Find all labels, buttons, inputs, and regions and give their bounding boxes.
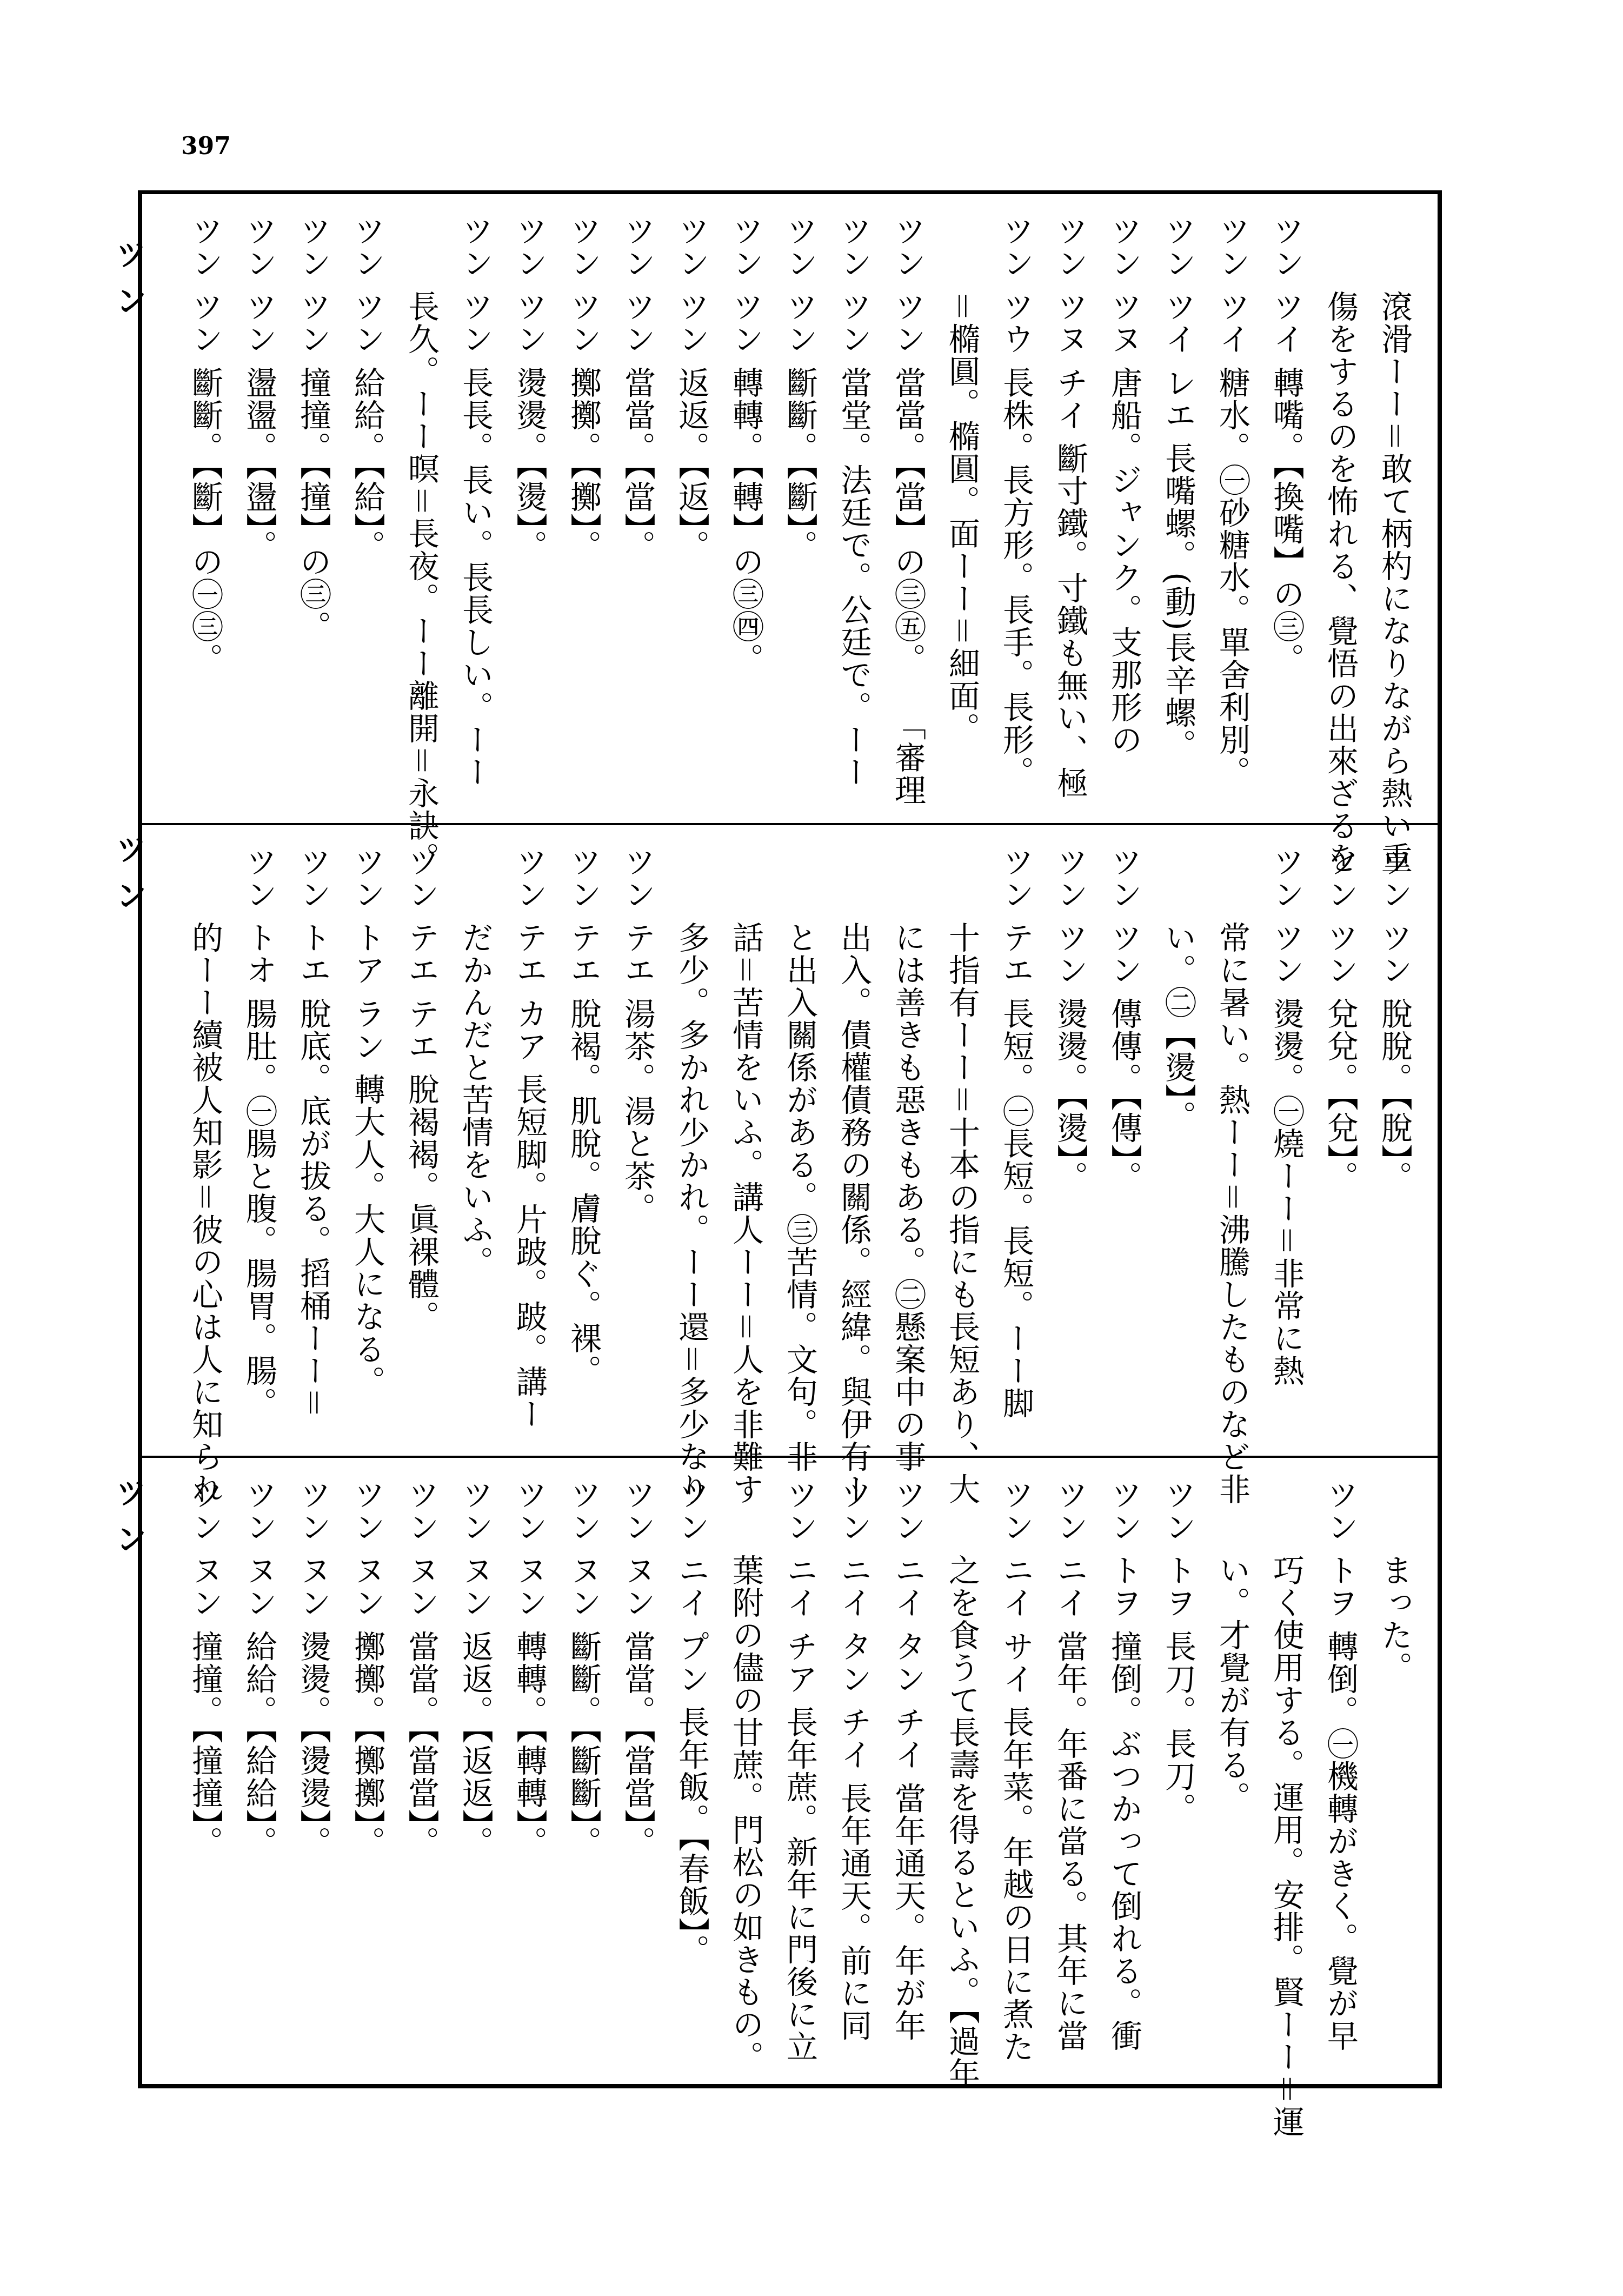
dictionary-entry: ツン ツン 斷斷。【斷】の㊀㊂。: [178, 215, 232, 812]
dictionary-entry: ツン ツン 轉轉。【轉】の㊂㊃。: [719, 215, 773, 812]
dictionary-entry: ツン ツン 兌兌。【兌】。: [1313, 846, 1367, 1445]
entry-continuation-line: まった。: [1367, 1478, 1421, 2149]
entry-continuation-line: 傷をするのを怖れる、覺悟の出來ざるを笑ってい［ふ。: [1313, 215, 1367, 888]
dictionary-entry: ツン ヌン 撞撞。【撞撞】。: [178, 1478, 232, 2074]
dictionary-entry: ツン テエ テエ 脫褐褐。眞裸體。: [394, 846, 448, 1445]
dictionary-entry: ツン トヲ 撞倒。ぶつかって倒れる。衝突して倒れる。: [1097, 1478, 1151, 2074]
dictionary-entry: ツン ツイ レエ 長嘴螺。(動)長辛螺。: [1151, 215, 1205, 812]
dictionary-entry: ツン ツン 撞撞。【撞】の㊂。: [286, 215, 340, 812]
entry-continuation-line: だかんだと苦情をいふ。: [448, 846, 502, 1521]
dictionary-entry: ツン ニイ チア 長年蔗。新年に門後に立てかける根附: [773, 1478, 827, 2074]
entry-continuation-line: い。㊁【燙】。: [1151, 846, 1205, 1521]
dictionary-entry: ツン テエ 脫褐。肌脫。膚脫ぐ。裸。: [556, 846, 610, 1445]
dictionary-entry: ツン テエ カア 長短脚。片跛。跛。講ーーー話＝何: [502, 846, 556, 1445]
dictionary-entry: ツン ツイ 轉嘴。【換嘴】の㊂。: [1259, 215, 1313, 812]
entry-continuation-line: 出入。債權債務の關係。經緯。與伊有ーー＝彼: [827, 846, 881, 1521]
dictionary-entry: ツン ヌン 給給。【給給】。: [232, 1478, 286, 2074]
dictionary-entry: ツン ツン 盪盪。【盪】。: [232, 215, 286, 812]
dictionary-entry: ツン ツン 燙燙。㊀燒ーー＝非常に熱い。熱ーー＝非: [1259, 846, 1313, 1445]
dictionary-entry: ツン トア ラン 轉大人。大人になる。 ［ける。: [340, 846, 394, 1445]
entry-continuation-line: 的ーー續被人知影＝彼の心は人に知られてし: [178, 846, 232, 1521]
dictionary-entry: ツン ツン 給給。【給】。: [340, 215, 394, 812]
dictionary-entry: ツン トエ 脫底。底が拔る。搯桶ーー＝手桶の底がぬ: [286, 846, 340, 1445]
dictionary-entry: ツン トヲ 轉倒。㊀機轉がきく。覺が早い。氣働。㊁: [1313, 1478, 1367, 2074]
entry-continuation-line: 之を食うて長壽を得るといふ。【過年菜】。: [935, 1478, 989, 2149]
entry-columns: 滾滑ーー＝敢て柄杓になりながら熱い重湯で火傷をするのを怖れる、覺悟の出來ざるを笑…: [142, 194, 1438, 823]
dictionary-entry: ツン テエ 湯茶。湯と茶。 ［す。: [610, 846, 664, 1445]
dictionary-entry: ツン ツヌ 唐船。ジャンク。支那形の船。: [1097, 215, 1151, 812]
dictionary-entry: ツン ツン 脫脫。【脫】。: [1367, 846, 1421, 1445]
entry-continuation-line: ＝橢圓。橢圓。面ーー＝細面。: [935, 215, 989, 888]
dictionary-entry: ツン ツン 燙燙。【燙】。: [502, 215, 556, 812]
entry-continuation-line: には善きも惡きもある。㊁懸案中の事柄。縺。: [881, 846, 935, 1521]
dictionary-entry: ツン ツヌ チイ 斷寸鐵。寸鐵も無い、極貧乏。: [1043, 215, 1097, 812]
section-bottom: まった。ツン トヲ 轉倒。㊀機轉がきく。覺が早い。氣働。㊁巧く使用する。運用。安…: [142, 1456, 1438, 2085]
dictionary-entry: ツン ツン 當當。【當】。: [610, 215, 664, 812]
dictionary-page-frame: 滾滑ーー＝敢て柄杓になりながら熱い重湯で火傷をするのを怖れる、覺悟の出來ざるを笑…: [138, 190, 1442, 2088]
dictionary-entry: ツン ツン 長長。長い。長長しい。ーー久久＝永久。: [448, 215, 502, 812]
entry-continuation-line: 滾滑ーー＝敢て柄杓になりながら熱い重湯で火: [1367, 215, 1421, 888]
entry-continuation-line: 多少。多かれ少かれ。ーー還＝多少なりとも返: [664, 846, 719, 1521]
dictionary-entry: ツン ニイ 當年。年番に當る。其年に當る。: [1043, 1478, 1097, 2074]
dictionary-entry: ツン ツン 返返。【返】。: [664, 215, 719, 812]
dictionary-entry: ツン ツウ 長株。長方形。長手。長形。長目。ーー圓: [989, 215, 1043, 812]
entry-continuation-line: 常に暑い。熱ーー＝沸騰したものなど非常に熱: [1205, 846, 1259, 1521]
section-middle: ツン ツン 脫脫。【脫】。ツン ツン 兌兌。【兌】。ツン ツン 燙燙。㊀燒ーー＝…: [142, 823, 1438, 1456]
dictionary-entry: ツン テエ 長短。㊀長短。長短。ーー脚＝片跛。跛。: [989, 846, 1043, 1445]
dictionary-entry: ツン ツイ 糖水。㊀砂糖水。單舍利別。㊁糖蜜。: [1205, 215, 1259, 812]
entry-columns: まった。ツン トヲ 轉倒。㊀機轉がきく。覺が早い。氣働。㊁巧く使用する。運用。安…: [142, 1458, 1438, 2085]
entry-continuation-line: と出入關係がある。㊂苦情。文句。非難。講ーー: [773, 846, 827, 1521]
dictionary-entry: ツン ヌン 轉轉。【轉轉】。: [502, 1478, 556, 2074]
dictionary-entry: ツン ニイ タン チイ 長年通天。前に同じ。: [827, 1478, 881, 2074]
dictionary-entry: ツン ニイ プン 長年飯。【春飯】。: [664, 1478, 719, 2074]
dictionary-entry: ツン ツン 擲擲。【擲】。: [556, 215, 610, 812]
dictionary-entry: ツン ツン 傳傳。【傳】。: [1097, 846, 1151, 1445]
entry-continuation-line: 十指有ーー＝十本の指にも長短あり、大勢の中: [935, 846, 989, 1521]
dictionary-entry: ツン ヌン 斷斷。【斷斷】。: [556, 1478, 610, 2074]
dictionary-entry: ツン ヌン 返返。【返返】。: [448, 1478, 502, 2074]
entry-continuation-line: い。才覺が有る。: [1205, 1478, 1259, 2149]
dictionary-entry: ツン ツン 當堂。法廷で。公廷で。ーー審案＝法廷で: [827, 215, 881, 812]
entry-continuation-line: 長久。ーー暝＝長夜。ーー離開＝永訣。: [394, 215, 448, 888]
section-top: 滾滑ーー＝敢て柄杓になりながら熱い重湯で火傷をするのを怖れる、覺悟の出來ざるを笑…: [142, 194, 1438, 823]
dictionary-entry: ツン ツン 斷斷。【斷】。: [773, 215, 827, 812]
dictionary-entry: ツン ツン 燙燙。【燙】。: [1043, 846, 1097, 1445]
dictionary-entry: ツン ヌン 燙燙。【燙燙】。: [286, 1478, 340, 2074]
dictionary-entry: ツン ヌン 當當。【當當】。: [610, 1478, 664, 2074]
entry-columns: ツン ツン 脫脫。【脫】。ツン ツン 兌兌。【兌】。ツン ツン 燙燙。㊀燒ーー＝…: [142, 825, 1438, 1456]
dictionary-entry: ツン ツン 當當。【當】の㊂㊄。 「審理する。: [881, 215, 935, 812]
entry-continuation-line: 葉附の儘の甘蔗。門松の如きもの。: [719, 1478, 773, 2149]
dictionary-entry: ツン トヲ 長刀。長刀。: [1151, 1478, 1205, 2074]
page-number: 397: [181, 132, 231, 160]
entry-continuation-line: 巧く使用する。運用。安排。賢ーー＝運用がうま: [1259, 1478, 1313, 2149]
dictionary-entry: ツン ヌン 擲擲。【擲擲】。: [340, 1478, 394, 2074]
dictionary-entry: ツン トオ 腸肚。㊀腸と腹。腸胃。腸。㊁腹。心。伊: [232, 846, 286, 1445]
dictionary-entry: ツン ニイ タン チイ 當年通天。年が年中。一年中。: [881, 1478, 935, 2074]
entry-continuation-line: 話＝苦情をいふ。講人ーー＝人を非難する。㊃: [719, 846, 773, 1521]
dictionary-entry: ツン ヌン 當當。【當當】。: [394, 1478, 448, 2074]
dictionary-entry: ツン ニイ サイ 長年菜。年越の日に煮た芥菜、正月: [989, 1478, 1043, 2074]
